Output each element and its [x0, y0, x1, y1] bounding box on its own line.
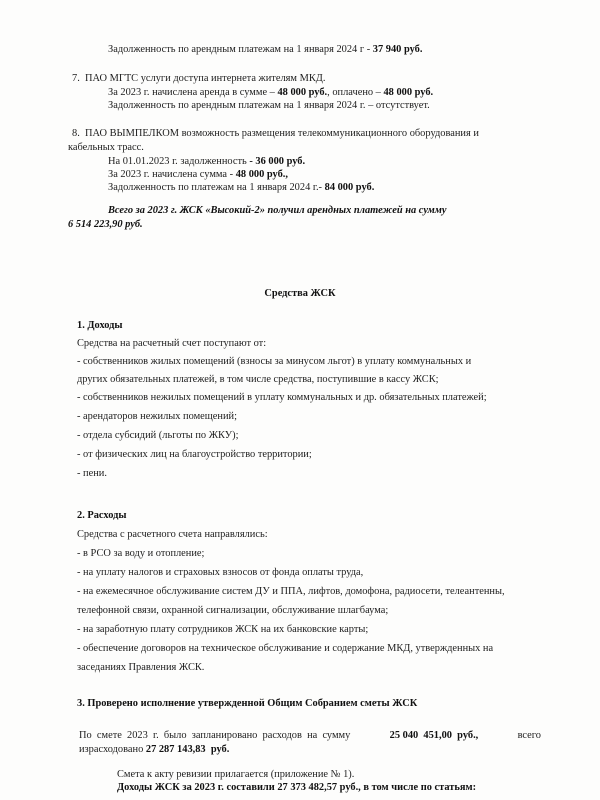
income-total: Доходы ЖСК за 2023 г. составили 27 373 4…	[117, 781, 476, 794]
paid-label: , оплачено –	[327, 87, 381, 98]
expense-item: - на ежемесячное обслуживание систем ДУ …	[77, 585, 505, 598]
expense-item: - обеспечение договоров на техническое о…	[77, 642, 493, 655]
item8-title-cont: кабельных трасс.	[68, 141, 144, 154]
attachment-note: Смета к акту ревизии прилагается (прилож…	[117, 768, 354, 781]
rent-total-amount: 6 514 223,90 руб.	[68, 218, 143, 231]
income-item: - собственников жилых помещений (взносы …	[77, 355, 471, 368]
expenses-intro: Средства с расчетного счета направлялись…	[77, 528, 268, 541]
closing-debt-amount: 84 000 руб.	[325, 182, 375, 193]
section-heading: 2. Расходы	[77, 510, 126, 521]
closing-debt-label: Задолженность по платежам на 1 января 20…	[108, 182, 322, 193]
planned-label: По смете 2023 г. было запланировано расх…	[79, 729, 350, 742]
expense-item: - в РСО за воду и отопление;	[77, 547, 204, 560]
debt-status: Задолженность по арендным платежам на 1 …	[108, 100, 430, 111]
spent-label-start: всего	[518, 729, 541, 742]
income-total-text: Доходы ЖСК за 2023 г. составили 27 373 4…	[117, 782, 476, 793]
estimate-spent-line: израсходовано 27 287 143,83 руб.	[79, 743, 229, 756]
spent-label: израсходовано	[79, 744, 143, 755]
item8-title: 8. ПАО ВЫМПЕЛКОМ возможность размещения …	[72, 127, 479, 140]
charged-amount: 48 000 руб.	[277, 87, 327, 98]
opening-debt-amount: - 36 000 руб.	[249, 156, 305, 167]
charged-label: За 2023 г. начислена сумма -	[108, 169, 233, 180]
item8-opening-debt: На 01.01.2023 г. задолженность - 36 000 …	[108, 155, 305, 168]
expense-item: - на заработную плату сотрудников ЖСК на…	[77, 623, 368, 636]
item8-charged: За 2023 г. начислена сумма - 48 000 руб.…	[108, 168, 288, 181]
item-number: 8.	[72, 128, 80, 139]
income-item: - отдела субсидий (льготы по ЖКУ);	[77, 429, 238, 442]
income-item: - собственников нежилых помещений в упла…	[77, 391, 487, 404]
expense-item: - на уплату налогов и страховых взносов …	[77, 566, 363, 579]
section-heading: 1. Доходы	[77, 320, 123, 331]
item8-closing-debt: Задолженность по платежам на 1 января 20…	[108, 181, 374, 194]
item7-title: 7. ПАО МГТС услуги доступа интернета жит…	[72, 72, 325, 85]
debt-amount: 37 940 руб.	[373, 44, 423, 55]
spent-amount: 27 287 143,83 руб.	[146, 744, 229, 755]
item-title: ПАО МГТС услуги доступа интернета жителя…	[85, 73, 325, 84]
item7-debt: Задолженность по арендным платежам на 1 …	[108, 99, 430, 112]
paid-amount: 48 000 руб.	[383, 87, 433, 98]
income-heading: 1. Доходы	[77, 319, 123, 332]
opening-debt-label: На 01.01.2023 г. задолженность	[108, 156, 247, 167]
item-number: 7.	[72, 73, 80, 84]
rent-total-line: Всего за 2023 г. ЖСК «Высокий-2» получил…	[108, 204, 447, 217]
charged-amount: 48 000 руб.,	[236, 169, 288, 180]
expense-item: заседаниях Правления ЖСК.	[77, 661, 204, 674]
income-item: - пени.	[77, 467, 107, 480]
debt-line-item6: Задолженность по арендным платежам на 1 …	[108, 43, 422, 56]
income-item: других обязательных платежей, в том числ…	[77, 373, 439, 386]
expense-item: телефонной связи, охранной сигнализации,…	[77, 604, 388, 617]
estimate-heading: 3. Проверено исполнение утвержденной Общ…	[77, 697, 417, 710]
debt-label: Задолженность по арендным платежам на 1 …	[108, 44, 370, 55]
section-heading: 3. Проверено исполнение утвержденной Общ…	[77, 698, 417, 709]
charge-label: За 2023 г. начислена аренда в сумме –	[108, 87, 275, 98]
planned-amount: 25 040 451,00 руб.,	[390, 729, 479, 742]
funds-heading: Средства ЖСК	[0, 287, 600, 300]
estimate-planned-line: По смете 2023 г. было запланировано расх…	[79, 729, 541, 742]
income-item: - от физических лиц на благоустройство т…	[77, 448, 312, 461]
item-title: ПАО ВЫМПЕЛКОМ возможность размещения тел…	[85, 128, 479, 139]
item-title-cont: кабельных трасс.	[68, 142, 144, 153]
income-item: - арендаторов нежилых помещений;	[77, 410, 237, 423]
expenses-heading: 2. Расходы	[77, 509, 126, 522]
section-title: Средства ЖСК	[264, 288, 335, 299]
item7-charges: За 2023 г. начислена аренда в сумме – 48…	[108, 86, 433, 99]
income-intro: Средства на расчетный счет поступают от:	[77, 337, 266, 350]
